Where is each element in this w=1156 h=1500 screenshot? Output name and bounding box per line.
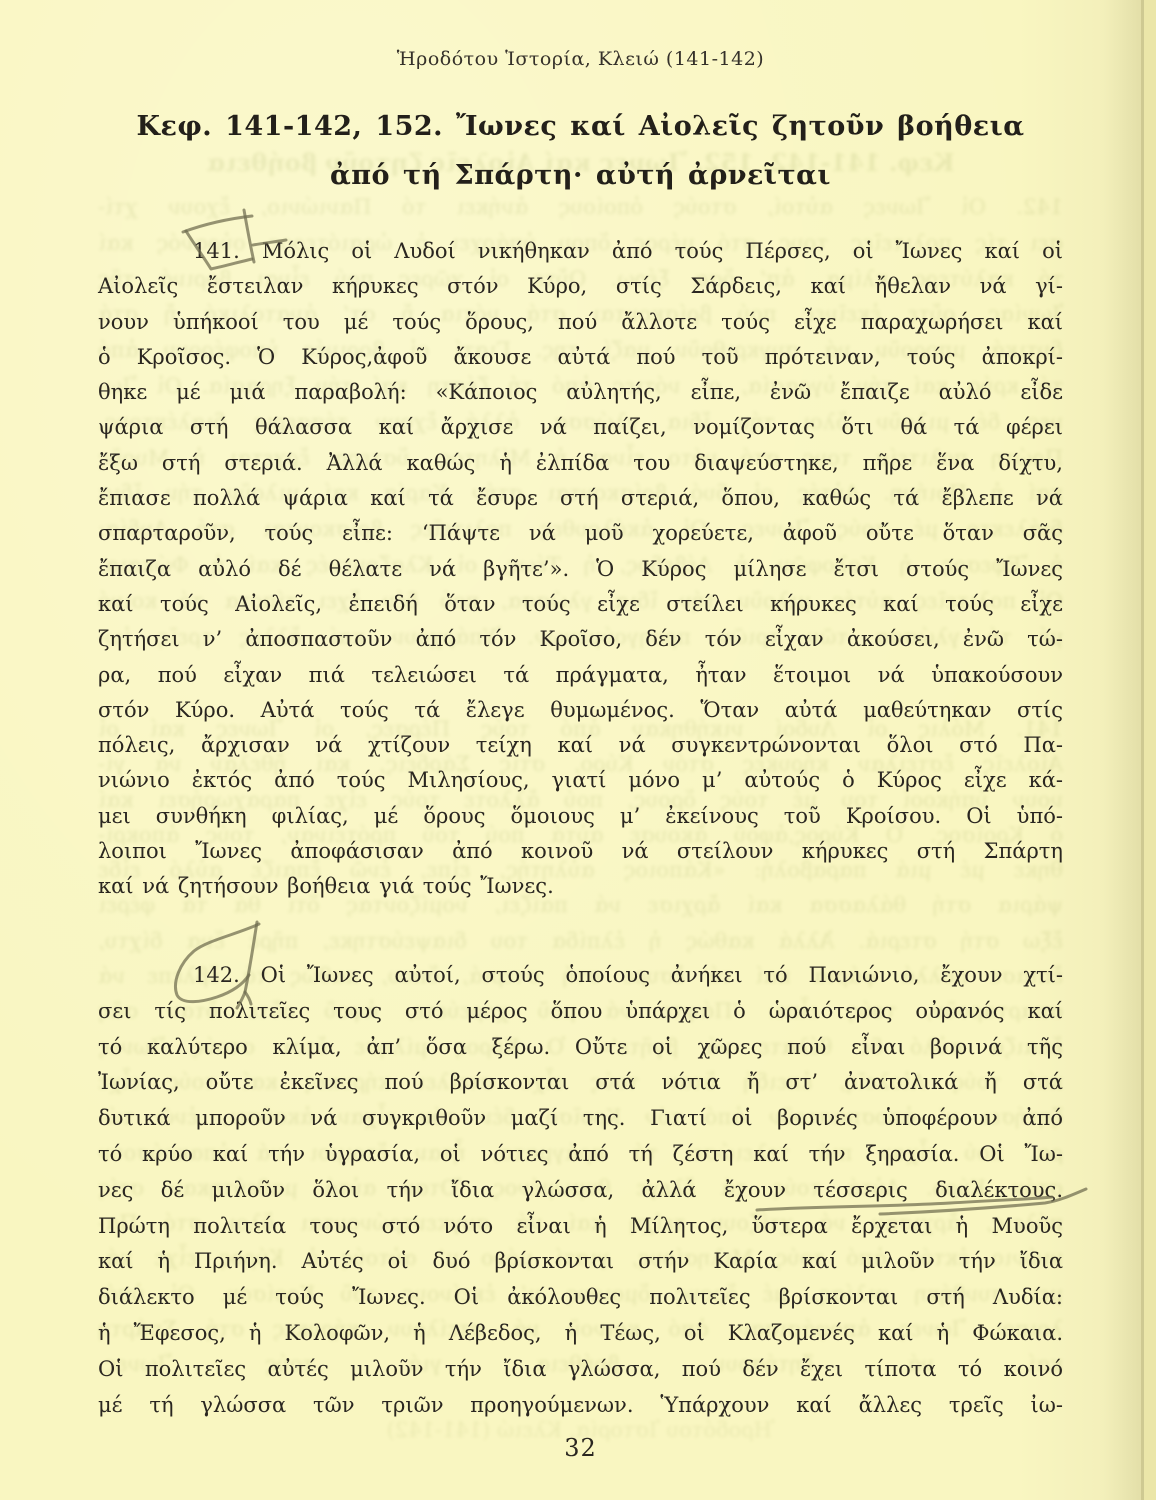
text-line: ψάρια στή θάλασσα καί ἄρχισε νά παίζει, … (98, 410, 1063, 445)
page-edge-shadow (1103, 0, 1141, 1500)
text-line: νιώνιο ἐκτός ἀπό τούς Μιλησίους, γιατί μ… (98, 763, 1063, 798)
text-line: Ἰωνίας, οὔτε ἐκεῖνες πού βρίσκονται στά … (98, 1065, 1063, 1101)
text-line: τό κρύο καί τήν ὑγρασία, οἱ νότιες ἀπό τ… (98, 1137, 1063, 1173)
text-line: νες δέ μιλοῦν ὅλοι τήν ἴδια γλώσσα, ἀλλά… (98, 1173, 1063, 1209)
ghost-line: ἔξω στή στεριά. Ἀλλά καθώς ἡ ἐλπίδα του … (98, 924, 1063, 959)
text-line: σπαρταροῦν, τούς εἶπε: ‘Πάψτε νά μοῦ χορ… (98, 516, 1063, 551)
scanned-book-page: Κεφ. 141-142, 152. Ἴωνες καί Αἰολεῖς ζητ… (0, 0, 1156, 1500)
page-number: 32 (98, 1434, 1063, 1462)
paragraph-141: 141. Μόλις οἱ Λυδοί νικήθηκαν ἀπό τούς Π… (98, 234, 1063, 905)
text-line: σει τίς πολιτεῖες τους στό μέρος ὅπου ὑπ… (98, 994, 1063, 1030)
text-line: καί τούς Αἰολεῖς, ἐπειδή ὅταν τούς εἶχε … (98, 587, 1063, 622)
text-line: ἡ Ἔφεσος, ἡ Κολοφῶν, ἡ Λέβεδος, ἡ Τέως, … (98, 1316, 1063, 1352)
text-line: λοιποι Ἴωνες ἀποφάσισαν ἀπό κοινοῦ νά στ… (98, 834, 1063, 869)
text-line: καί νά ζητήσουν βοήθεια γιά τούς Ἴωνες. (98, 869, 1063, 904)
page-edge-margin (1144, 0, 1156, 1500)
chapter-title: Κεφ. 141-142, 152. Ἴωνες καί Αἰολεῖς ζητ… (98, 102, 1063, 200)
text-line: στόν Κύρο. Αὐτά τούς τά ἔλεγε θυμωμένος.… (98, 693, 1063, 728)
text-line: μέ τή γλώσσα τῶν τριῶν προηγούμενων. Ὑπά… (98, 1388, 1063, 1424)
text-line: δυτικά μποροῦν νά συγκριθοῦν μαζί της. Γ… (98, 1101, 1063, 1137)
text-line: νουν ὑπήκοοί του μέ τούς ὅρους, πού ἄλλο… (98, 305, 1063, 340)
text-line: ρα, πού εἶχαν πιά τελειώσει τά πράγματα,… (98, 658, 1063, 693)
chapter-title-line-2: ἀπό τή Σπάρτη· αὐτή ἀρνεῖται (98, 151, 1063, 200)
text-line: ἔξω στή στεριά. Ἀλλά καθώς ἡ ἐλπίδα του … (98, 446, 1063, 481)
text-line: 142. Οἱ Ἴωνες αὐτοί, στούς ὁποίους ἀνήκε… (98, 958, 1063, 994)
text-line: ὁ Κροῖσος. Ὁ Κύρος,ἀφοῦ ἄκουσε αὐτά πού … (98, 340, 1063, 375)
text-line: ἔπιασε πολλά ψάρια καί τά ἔσυρε στή στερ… (98, 481, 1063, 516)
text-line: διάλεκτο μέ τούς Ἴωνες. Οἱ ἀκόλουθες πολ… (98, 1280, 1063, 1316)
chapter-title-line-1: Κεφ. 141-142, 152. Ἴωνες καί Αἰολεῖς ζητ… (98, 102, 1063, 151)
text-line: Οἱ πολιτεῖες αὐτές μιλοῦν τήν ἴδια γλώσσ… (98, 1352, 1063, 1388)
running-header: Ἡροδότου Ἱστορία, Κλειώ (141-142) (98, 48, 1063, 70)
text-line: ἔπαιζα αὐλό δέ θέλατε νά βγῆτε’». Ὁ Κύρο… (98, 552, 1063, 587)
text-line: πόλεις, ἄρχισαν νά χτίζουν τείχη καί νά … (98, 728, 1063, 763)
text-line: καί ἡ Πριήνη. Αὐτές οἱ δυό βρίσκονται στ… (98, 1244, 1063, 1280)
text-line: 141. Μόλις οἱ Λυδοί νικήθηκαν ἀπό τούς Π… (98, 234, 1063, 269)
text-line: ζητήσει ν’ ἀποσπαστοῦν ἀπό τόν Κροῖσο, δ… (98, 622, 1063, 657)
text-line: Πρώτη πολιτεία τους στό νότο εἶναι ἡ Μίλ… (98, 1209, 1063, 1245)
text-line: μει συνθήκη φιλίας, μέ ὅρους ὅμοιους μ’ … (98, 799, 1063, 834)
paragraph-142: 142. Οἱ Ἴωνες αὐτοί, στούς ὁποίους ἀνήκε… (98, 958, 1063, 1423)
text-line: τό καλύτερο κλίμα, ἀπ’ ὅσα ξέρω. Οὔτε οἱ… (98, 1030, 1063, 1066)
text-line: Αἰολεῖς ἔστειλαν κήρυκες στόν Κύρο, στίς… (98, 269, 1063, 304)
text-line: θηκε μέ μιά παραβολή: «Κάποιος αὐλητής, … (98, 375, 1063, 410)
